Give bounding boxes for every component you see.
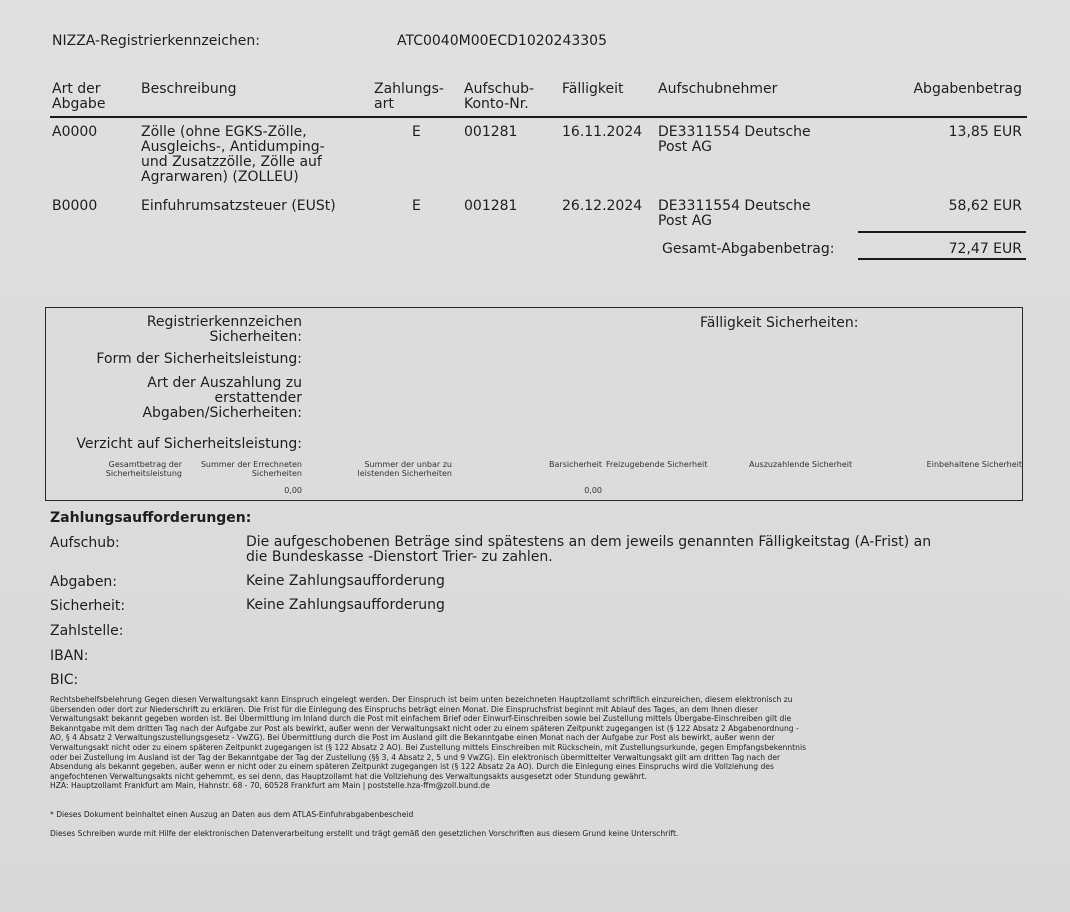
atlas-note: * Dieses Dokument beinhaltet einen Auszu… bbox=[50, 810, 413, 819]
security-box: Registrierkennzeichen Sicherheiten: Form… bbox=[45, 307, 1023, 501]
table-header-rule bbox=[50, 116, 1027, 118]
col-header-art-line2: Abgabe bbox=[52, 97, 105, 112]
form-sicherheitsleistung-label: Form der Sicherheitsleistung: bbox=[96, 352, 302, 367]
col-freizugebende: Freizugebende Sicherheit bbox=[606, 460, 707, 469]
aufschub-value-line: Die aufgeschobenen Beträge sind späteste… bbox=[246, 535, 931, 550]
col-errechnet-line: Summer der Errechneten bbox=[201, 460, 302, 469]
cell-beschreibung-line: Zölle (ohne EGKS-Zölle, bbox=[141, 125, 325, 140]
col-header-art: Art der Abgabe bbox=[52, 82, 105, 112]
cell-art: B0000 bbox=[52, 199, 97, 214]
col-einbehaltene: Einbehaltene Sicherheit bbox=[927, 460, 1022, 469]
total-value: 72,47 EUR bbox=[880, 242, 1022, 257]
legal-remedy-notice: Rechtsbehelfsbelehrung Gegen diesen Verw… bbox=[50, 695, 1030, 791]
cell-aufschubnehmer: DE3311554 Deutsche Post AG bbox=[658, 125, 811, 155]
cell-konto: 001281 bbox=[464, 199, 517, 214]
col-auszuzahlende: Auszuzahlende Sicherheit bbox=[749, 460, 852, 469]
col-header-zahlungsart: Zahlungs- art bbox=[374, 82, 444, 112]
abgaben-value: Keine Zahlungsaufforderung bbox=[246, 574, 445, 589]
cell-beschreibung-line: und Zusatzzölle, Zölle auf bbox=[141, 155, 325, 170]
value-barsicherheit: 0,00 bbox=[584, 486, 602, 495]
verzicht-label: Verzicht auf Sicherheitsleistung: bbox=[76, 437, 302, 452]
cell-zahlungsart: E bbox=[412, 199, 421, 214]
cell-aufschubnehmer: DE3311554 Deutsche Post AG bbox=[658, 199, 811, 229]
col-header-betrag: Abgabenbetrag bbox=[880, 82, 1022, 97]
cell-aufschubnehmer-line: DE3311554 Deutsche bbox=[658, 125, 811, 140]
cell-zahlungsart: E bbox=[412, 125, 421, 140]
col-header-faelligkeit: Fälligkeit bbox=[562, 82, 624, 97]
cell-beschreibung-line: Agrarwaren) (ZOLLEU) bbox=[141, 170, 325, 185]
aufschub-label: Aufschub: bbox=[50, 535, 120, 551]
col-header-zahlungsart-line1: Zahlungs- bbox=[374, 82, 444, 97]
reg-sicherheiten-label-line: Registrierkennzeichen bbox=[147, 315, 302, 330]
col-unbar-line: leistenden Sicherheiten bbox=[358, 469, 452, 478]
iban-label: IBAN: bbox=[50, 648, 89, 664]
total-rule bbox=[858, 258, 1026, 260]
signature-note: Dieses Schreiben wurde mit Hilfe der ele… bbox=[50, 829, 678, 838]
cell-beschreibung: Einfuhrumsatzsteuer (EUSt) bbox=[141, 199, 336, 214]
nizza-registry-label: NIZZA-Registrierkennzeichen: bbox=[52, 33, 260, 49]
reg-sicherheiten-label-line: Sicherheiten: bbox=[147, 330, 302, 345]
nizza-registry-value: ATC0040M00ECD1020243305 bbox=[397, 33, 607, 49]
col-header-konto-line2: Konto-Nr. bbox=[464, 97, 534, 112]
bic-label: BIC: bbox=[50, 672, 78, 688]
cell-aufschubnehmer-line: Post AG bbox=[658, 214, 811, 229]
zahlstelle-label: Zahlstelle: bbox=[50, 623, 123, 639]
col-header-konto: Aufschub- Konto-Nr. bbox=[464, 82, 534, 112]
col-gesamtbetrag-line: Gesamtbetrag der bbox=[106, 460, 182, 469]
subtotal-rule bbox=[858, 231, 1026, 233]
reg-sicherheiten-label: Registrierkennzeichen Sicherheiten: bbox=[147, 315, 302, 345]
col-gesamtbetrag: Gesamtbetrag der Sicherheitsleistung bbox=[106, 460, 182, 478]
cell-art: A0000 bbox=[52, 125, 97, 140]
cell-konto: 001281 bbox=[464, 125, 517, 140]
col-header-konto-line1: Aufschub- bbox=[464, 82, 534, 97]
art-auszahlung-label: Art der Auszahlung zu erstattender Abgab… bbox=[142, 376, 302, 421]
cell-aufschubnehmer-line: DE3311554 Deutsche bbox=[658, 199, 811, 214]
cell-betrag: 13,85 EUR bbox=[880, 125, 1022, 140]
col-header-zahlungsart-line2: art bbox=[374, 97, 444, 112]
col-unbar: Summer der unbar zu leistenden Sicherhei… bbox=[358, 460, 452, 478]
payment-title: Zahlungsaufforderungen: bbox=[50, 510, 251, 526]
aufschub-value: Die aufgeschobenen Beträge sind späteste… bbox=[246, 535, 931, 565]
col-unbar-line: Summer der unbar zu bbox=[358, 460, 452, 469]
abgaben-label: Abgaben: bbox=[50, 574, 117, 590]
cell-faelligkeit: 16.11.2024 bbox=[562, 125, 642, 140]
faelligkeit-sicherheiten-label: Fälligkeit Sicherheiten: bbox=[700, 315, 859, 331]
art-auszahlung-label-line: Art der Auszahlung zu bbox=[142, 376, 302, 391]
document-page: NIZZA-Registrierkennzeichen: ATC0040M00E… bbox=[0, 0, 1070, 912]
cell-aufschubnehmer-line: Post AG bbox=[658, 140, 811, 155]
col-header-beschreibung: Beschreibung bbox=[141, 82, 237, 97]
aufschub-value-line: die Bundeskasse -Dienstort Trier- zu zah… bbox=[246, 550, 931, 565]
total-label: Gesamt-Abgabenbetrag: bbox=[662, 242, 834, 257]
col-gesamtbetrag-line: Sicherheitsleistung bbox=[106, 469, 182, 478]
cell-faelligkeit: 26.12.2024 bbox=[562, 199, 642, 214]
sicherheit-label: Sicherheit: bbox=[50, 598, 125, 614]
col-barsicherheit: Barsicherheit bbox=[549, 460, 602, 469]
col-header-art-line1: Art der bbox=[52, 82, 105, 97]
col-errechnet-line: Sicherheiten bbox=[201, 469, 302, 478]
cell-betrag: 58,62 EUR bbox=[880, 199, 1022, 214]
art-auszahlung-label-line: erstattender bbox=[142, 391, 302, 406]
col-errechnet: Summer der Errechneten Sicherheiten bbox=[201, 460, 302, 478]
sicherheit-value: Keine Zahlungsaufforderung bbox=[246, 598, 445, 613]
art-auszahlung-label-line: Abgaben/Sicherheiten: bbox=[142, 406, 302, 421]
col-header-aufschubnehmer: Aufschubnehmer bbox=[658, 82, 777, 97]
cell-beschreibung: Zölle (ohne EGKS-Zölle, Ausgleichs-, Ant… bbox=[141, 125, 325, 185]
cell-beschreibung-line: Ausgleichs-, Antidumping- bbox=[141, 140, 325, 155]
value-errechnet: 0,00 bbox=[284, 486, 302, 495]
